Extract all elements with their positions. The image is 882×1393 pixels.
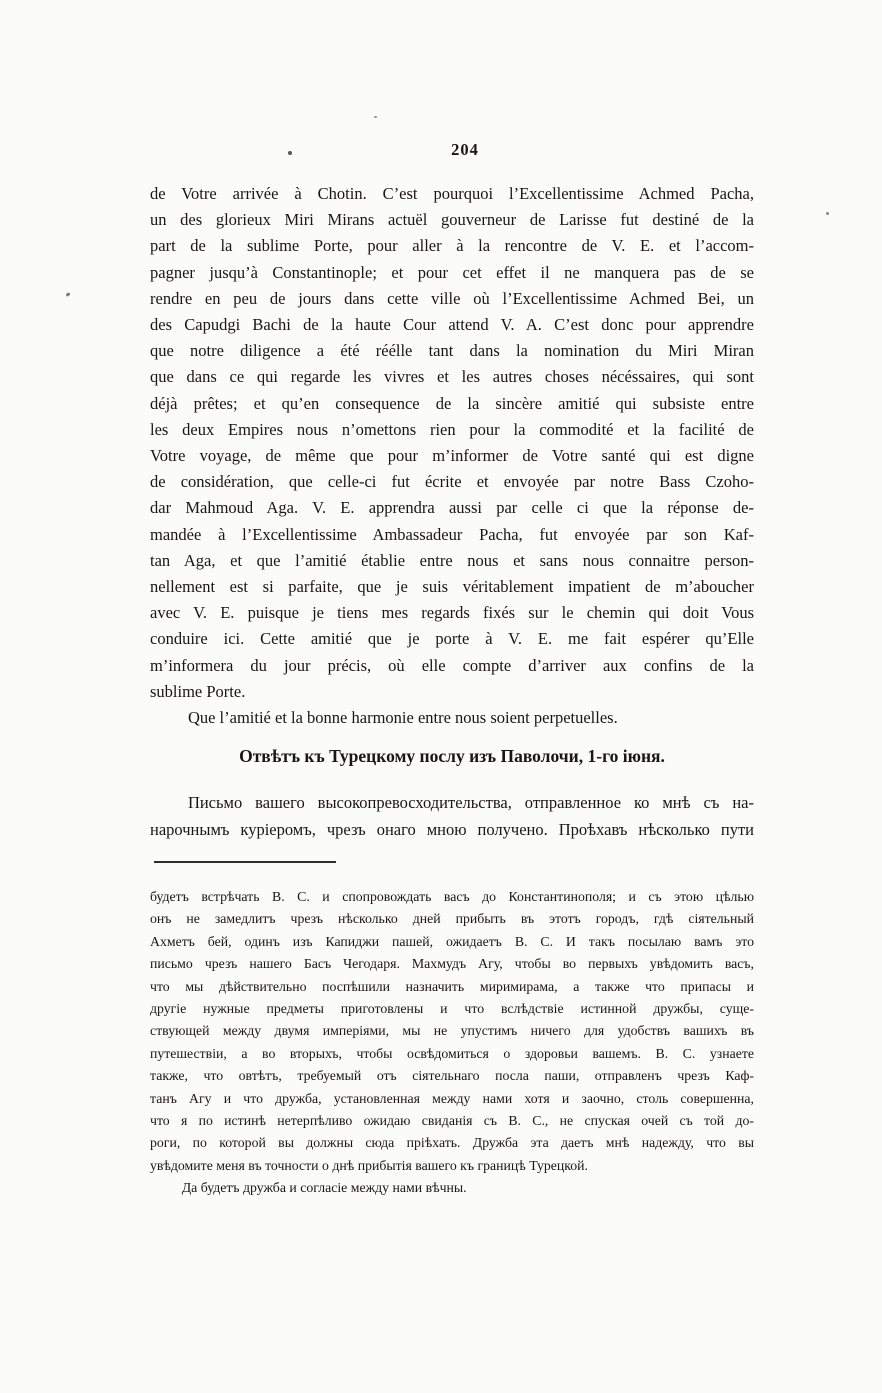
russian-letter-text: Письмо вашего высокопревосходительства, … [150, 789, 754, 843]
text-line: путешествіи, а во вторыхъ, чтобы освѣдом… [150, 1043, 754, 1065]
text-line: de Votre arrivée à Chotin. C’est pourquo… [150, 181, 754, 207]
text-line: письмо чрезъ нашего Басъ Чегодаря. Махму… [150, 953, 754, 975]
text-line: m’informera du jour précis, où elle comp… [150, 653, 754, 679]
page-number: 204 [150, 140, 780, 160]
text-line: déjà prêtes; et qu’en consequence de la … [150, 391, 754, 417]
text-line: tan Aga, et que l’amitié établie entre n… [150, 548, 754, 574]
text-line: онъ не замедлитъ чрезъ нѣсколько дней пр… [150, 908, 754, 930]
text-line: также, что овтѣтъ, требуемый отъ сіятель… [150, 1065, 754, 1087]
text-line: что я по истинѣ нетерпѣливо ожидаю свида… [150, 1110, 754, 1132]
text-line: part de la sublime Porte, pour aller à l… [150, 233, 754, 259]
text-line: Письмо вашего высокопревосходительства, … [150, 789, 754, 816]
text-line: que notre diligence a été réélle tant da… [150, 338, 754, 364]
text-line: nellement est si parfaite, que je suis v… [150, 574, 754, 600]
scan-speck [826, 212, 829, 215]
text-line: avec V. E. puisque je tiens mes regards … [150, 600, 754, 626]
text-line: Votre voyage, de même que pour m’informe… [150, 443, 754, 469]
text-line: de considération, que celle-ci fut écrit… [150, 469, 754, 495]
scan-speck [66, 292, 71, 297]
text-line: Que l’amitié et la bonne harmonie entre … [150, 705, 754, 731]
text-line: увѣдомите меня въ точности о днѣ прибыті… [150, 1155, 754, 1177]
text-line: sublime Porte. [150, 679, 754, 705]
text-line: что мы дѣйствительно поспѣшили назначить… [150, 976, 754, 998]
text-line: les deux Empires nous n’omettons rien po… [150, 417, 754, 443]
text-line: rendre en peu de jours dans cette ville … [150, 286, 754, 312]
text-line: que dans ce qui regarde les vivres et le… [150, 364, 754, 390]
footnote-text: будетъ встрѣчать В. С. и спопровождать в… [150, 886, 754, 1200]
text-line: другіе нужные предметы приготовлены и чт… [150, 998, 754, 1020]
text-line: pagner jusqu’à Constantinople; et pour c… [150, 260, 754, 286]
scan-speck [288, 151, 292, 155]
text-line: Да будетъ дружба и согласіе между нами в… [150, 1177, 754, 1199]
section-heading: Отвѣтъ къ Турецкому послу изъ Паволочи, … [150, 746, 754, 767]
text-line: dar Mahmoud Aga. V. E. apprendra aussi p… [150, 495, 754, 521]
book-page: { "page": { "number": "204" }, "colors":… [0, 0, 882, 1393]
text-line: нарочнымъ куріеромъ, чрезъ онаго мною по… [150, 816, 754, 843]
footnote-separator [154, 861, 336, 863]
text-line: conduire ici. Cette amitié que je porte … [150, 626, 754, 652]
french-letter-text: de Votre arrivée à Chotin. C’est pourquo… [150, 181, 754, 731]
scan-speck [374, 116, 377, 118]
text-line: танъ Агу и что дружба, установленная меж… [150, 1088, 754, 1110]
text-line: будетъ встрѣчать В. С. и спопровождать в… [150, 886, 754, 908]
text-line: mandée à l’Excellentissime Ambassadeur P… [150, 522, 754, 548]
text-line: роги, по которой вы должны сюда пріѣхать… [150, 1132, 754, 1154]
text-line: des Capudgi Bachi de la haute Cour atten… [150, 312, 754, 338]
text-line: ствующей между двумя имперіями, мы не уп… [150, 1020, 754, 1042]
text-line: un des glorieux Miri Mirans actuël gouve… [150, 207, 754, 233]
text-line: Ахметъ бей, одинъ изъ Капиджи пашей, ожи… [150, 931, 754, 953]
